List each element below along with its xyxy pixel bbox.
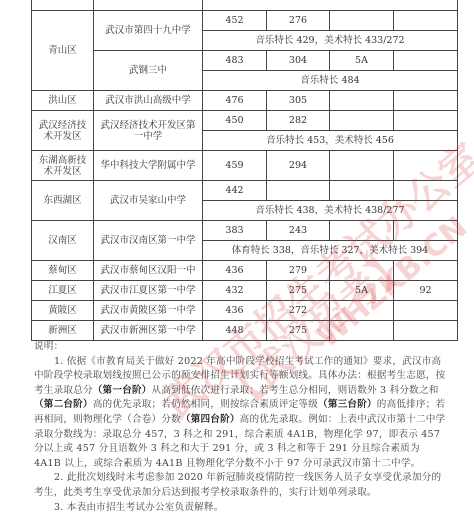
three-subject-sum: 305 [267, 91, 330, 111]
school-cell: 武汉市吴家山中学 [94, 181, 203, 221]
note-text: 高的优先录取；若仍然相同，则按综合素质评定等级 [93, 399, 318, 410]
quality-grade [330, 111, 394, 131]
quality-grade [330, 91, 394, 111]
quality-grade [330, 11, 394, 31]
three-subject-sum: 294 [267, 151, 330, 181]
three-subject-sum: 276 [267, 11, 330, 31]
physchem-score [394, 151, 458, 181]
note-1: 1. 依据《市教育局关于做好 2022 年高中阶段学校招生考试工作的通知》要求，… [34, 355, 450, 472]
quality-grade [330, 181, 394, 201]
table-row: 东湖高新技术开发区 华中科技大学附属中学 459 294 [32, 151, 458, 181]
admission-score-table: 青山区 武汉市第四十九中学 452 276 音乐特长 429，美术特长 433/… [31, 0, 458, 341]
district-cell: 新洲区 [32, 321, 94, 341]
district-cell: 江夏区 [32, 281, 94, 301]
physchem-score [394, 51, 458, 71]
table-row: 洪山区 武汉市洪山高级中学 476 305 [32, 91, 458, 111]
district-cell: 东西湖区 [32, 181, 94, 221]
table-row: 新洲区 武汉市新洲区第一中学 448 275 [32, 321, 458, 341]
school-cell: 武汉经济技术开发区第一中学 [94, 111, 203, 151]
quality-grade [330, 261, 394, 281]
physchem-score [394, 321, 458, 341]
quality-grade [330, 321, 394, 341]
note-2: 2. 此批次划线时未考虑参加 2020 年新冠肺炎疫情防控一线医务人员子女享受优… [34, 471, 450, 500]
school-cell: 武汉市江夏区第一中学 [94, 281, 203, 301]
special-talent-line: 音乐特长 438，美术特长 438/277 [203, 201, 458, 221]
special-talent-line: 音乐特长 453，美术特长 456 [203, 131, 458, 151]
note-text: 从高到低依次进行录取；若考生总分相同，则语数外 3 科分数之和 [152, 385, 439, 396]
cell [32, 0, 94, 11]
total-score: 452 [203, 11, 267, 31]
total-score: 476 [203, 91, 267, 111]
quality-grade [330, 301, 394, 321]
physchem-score [394, 181, 458, 201]
three-subject-sum: 272 [267, 301, 330, 321]
physchem-score [394, 11, 458, 31]
quality-grade [330, 221, 394, 241]
cell [203, 0, 458, 11]
district-cell: 蔡甸区 [32, 261, 94, 281]
physchem-score [394, 261, 458, 281]
school-cell: 武汉市蔡甸区汉阳一中 [94, 261, 203, 281]
total-score: 483 [203, 51, 267, 71]
total-score: 432 [203, 281, 267, 301]
table-row: 武钢三中 483 304 5A [32, 51, 458, 71]
district-cell: 黄陂区 [32, 301, 94, 321]
three-subject-sum [267, 181, 330, 201]
special-talent-line: 音乐特长 484 [203, 71, 458, 91]
special-talent-line: 体育特长 338，音乐特长 327，美术特长 394 [203, 241, 458, 261]
quality-grade [330, 151, 394, 181]
district-cell: 东湖高新技术开发区 [32, 151, 94, 181]
quality-grade: 5A [330, 281, 394, 301]
tier-label: （第一台阶） [93, 385, 152, 396]
total-score: 436 [203, 301, 267, 321]
physchem-score [394, 301, 458, 321]
three-subject-sum: 275 [267, 281, 330, 301]
total-score: 442 [203, 181, 267, 201]
three-subject-sum: 243 [267, 221, 330, 241]
three-subject-sum: 275 [267, 321, 330, 341]
physchem-score [394, 221, 458, 241]
school-cell: 武汉市新洲区第一中学 [94, 321, 203, 341]
school-cell: 武汉市第四十九中学 [94, 11, 203, 51]
total-score: 383 [203, 221, 267, 241]
physchem-score: 92 [394, 281, 458, 301]
school-cell: 武钢三中 [94, 51, 203, 91]
physchem-score [394, 91, 458, 111]
special-talent-line: 音乐特长 429，美术特长 433/272 [203, 31, 458, 51]
total-score: 436 [203, 261, 267, 281]
district-cell: 青山区 [32, 11, 94, 91]
physchem-score [394, 111, 458, 131]
table-row: 青山区 武汉市第四十九中学 452 276 [32, 11, 458, 31]
three-subject-sum: 304 [267, 51, 330, 71]
school-cell: 武汉市洪山高级中学 [94, 91, 203, 111]
total-score: 459 [203, 151, 267, 181]
school-cell: 华中科技大学附属中学 [94, 151, 203, 181]
tier-label: （第四台阶） [181, 414, 240, 425]
tier-label: （第三台阶） [318, 399, 377, 410]
table-row: 蔡甸区 武汉市蔡甸区汉阳一中 436 279 [32, 261, 458, 281]
cell [94, 0, 203, 11]
table-row: 东西湖区 武汉市吴家山中学 442 [32, 181, 458, 201]
total-score: 448 [203, 321, 267, 341]
tier-label: （第二台阶） [34, 399, 93, 410]
district-cell: 洪山区 [32, 91, 94, 111]
table-row: 武汉经济技术开发区 武汉经济技术开发区第一中学 450 282 [32, 111, 458, 131]
total-score: 450 [203, 111, 267, 131]
table-row: 汉南区 武汉市汉南区第一中学 383 243 [32, 221, 458, 241]
quality-grade: 5A [330, 51, 394, 71]
school-cell: 武汉市黄陂区第一中学 [94, 301, 203, 321]
table-row: 江夏区 武汉市江夏区第一中学 432 275 5A 92 [32, 281, 458, 301]
three-subject-sum: 282 [267, 111, 330, 131]
notes-title: 说明： [34, 340, 450, 355]
district-cell: 武汉经济技术开发区 [32, 111, 94, 151]
note-3: 3. 本表由市招生考试办公室负责解释。 [34, 501, 450, 516]
district-cell: 汉南区 [32, 221, 94, 261]
school-cell: 武汉市汉南区第一中学 [94, 221, 203, 261]
three-subject-sum: 279 [267, 261, 330, 281]
table-row: 黄陂区 武汉市黄陂区第一中学 436 272 [32, 301, 458, 321]
notes-section: 说明： 1. 依据《市教育局关于做好 2022 年高中阶段学校招生考试工作的通知… [34, 340, 450, 515]
